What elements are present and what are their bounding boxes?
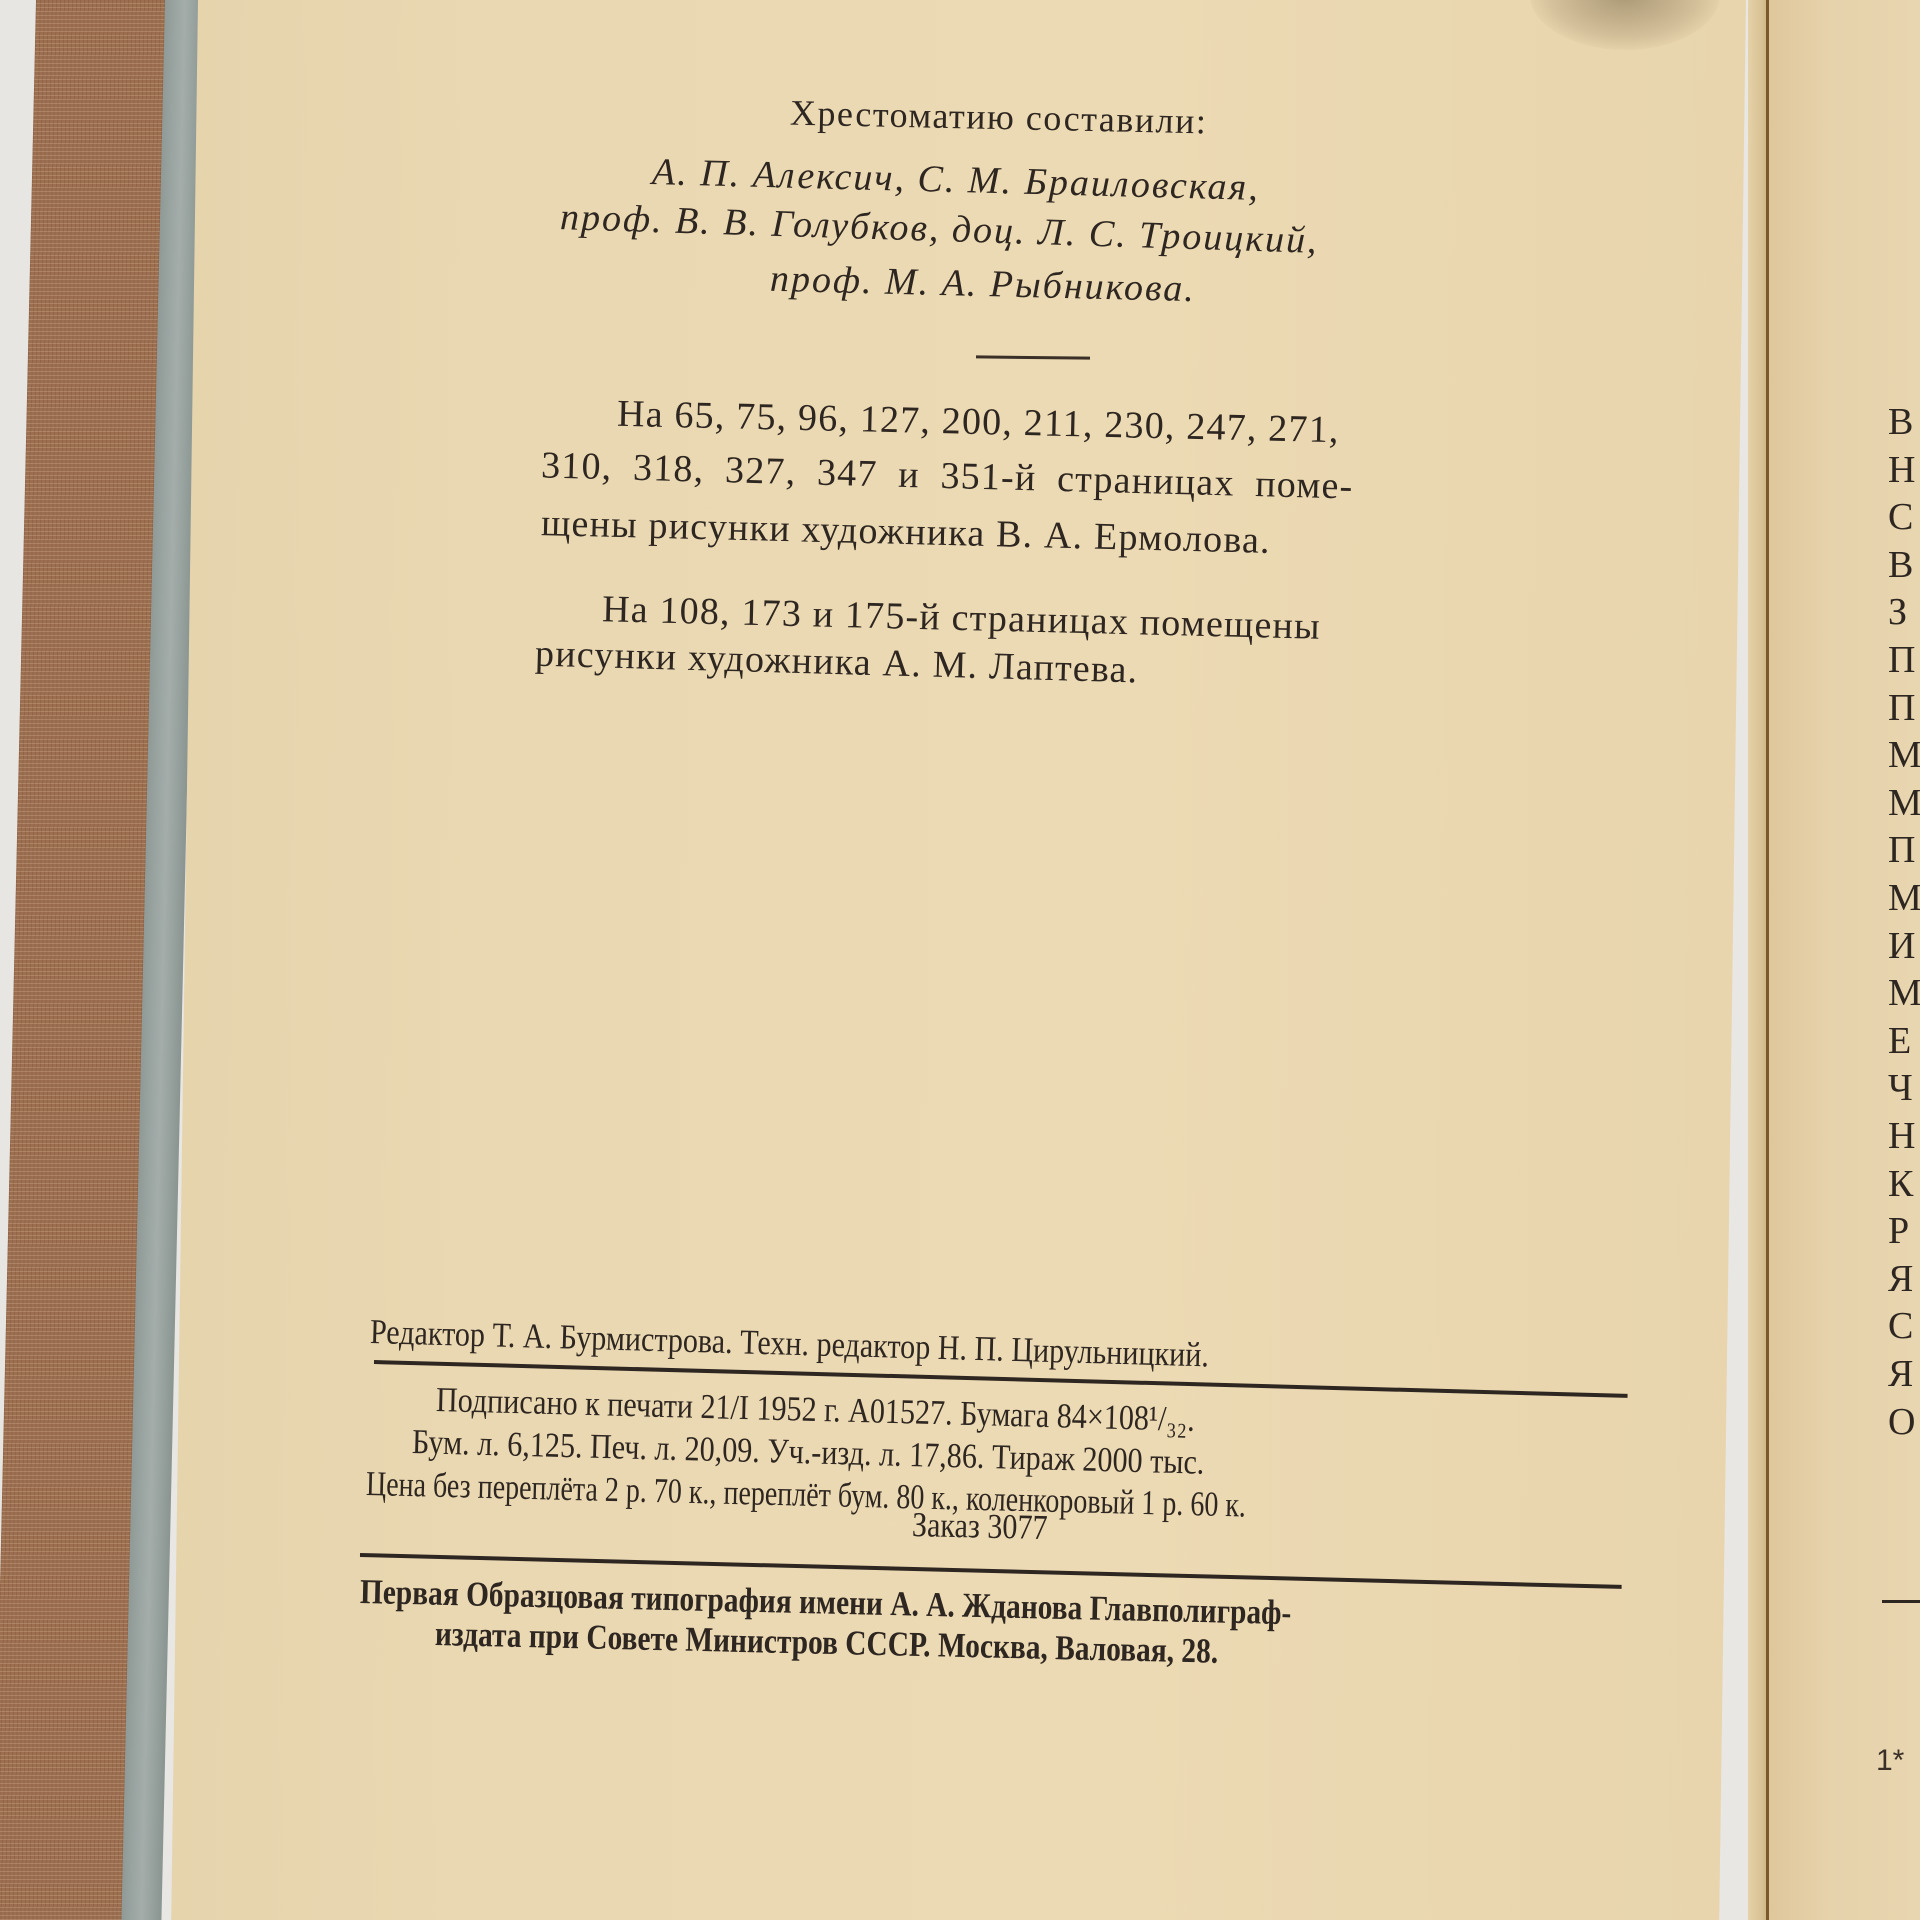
order-number: Заказ 3077 [912,1505,1048,1548]
signature-mark: 1* [1876,1744,1904,1778]
right-page-line-initial: Н [1888,1114,1915,1158]
right-page-line-initial: И [1888,924,1915,968]
right-page-line-initial: М [1888,781,1920,825]
right-page-line-initial: М [1888,876,1920,920]
right-page-line-initial: П [1888,638,1915,682]
right-page-line-initial: В [1888,543,1913,587]
right-page-line-initial: Я [1888,1352,1913,1396]
right-page-line-initial: С [1888,495,1913,539]
right-page-line-initial: Р [1888,1209,1909,1253]
right-page-line-initial: С [1888,1304,1913,1348]
right-page-line-initial: Н [1888,448,1915,492]
right-page-line-initial: Е [1888,1019,1911,1063]
right-page-line-initial: З [1888,590,1907,634]
right-page-line-initial: М [1888,733,1920,777]
right-page-line-initial: Я [1888,1257,1913,1301]
right-page-line-initial: О [1888,1400,1915,1444]
right-page-line-initial: П [1888,686,1915,730]
right-page-rule [1882,1600,1920,1603]
right-page-line-initial: П [1888,828,1915,872]
right-page-line-initial: Ч [1888,1066,1913,1110]
right-page-line-initial: М [1888,971,1920,1015]
compilers-heading: Хрестоматию составили: [790,92,1208,143]
right-page-line-initial: В [1888,400,1913,444]
right-page-line-initial: К [1888,1162,1913,1206]
